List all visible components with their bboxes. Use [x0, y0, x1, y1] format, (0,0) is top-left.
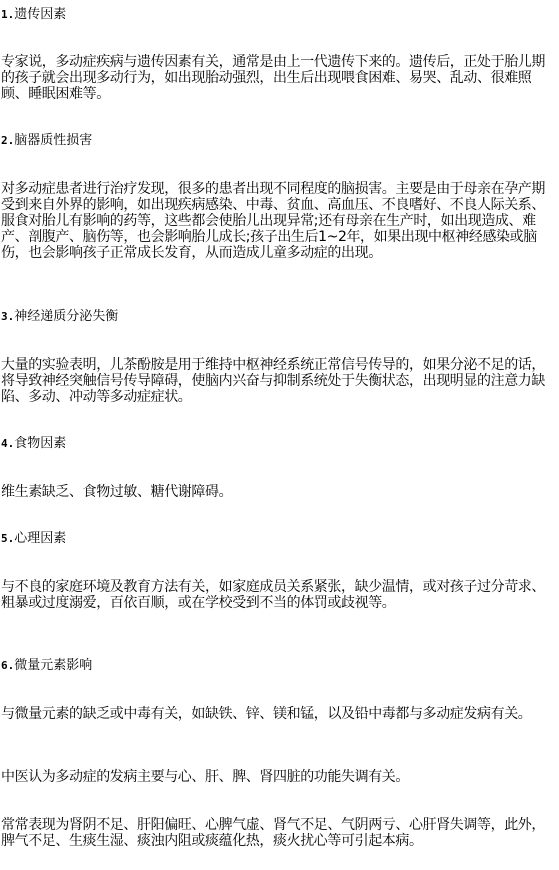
section-title: 微量元素影响	[14, 658, 92, 673]
section-number: 1.	[1, 8, 14, 21]
section-heading-2: 2.脑器质性损害	[1, 133, 557, 149]
section-number: 5.	[1, 532, 14, 545]
section-heading-5: 5.心理因素	[1, 531, 557, 547]
section-paragraph: 维生素缺乏、食物过敏、糖代谢障碍。	[1, 484, 557, 500]
section-title: 脑器质性损害	[14, 133, 92, 148]
section-paragraph: 专家说，多动症疾病与遗传因素有关，通常是由上一代遗传下来的。遗传后，正处于胎儿期…	[1, 54, 557, 102]
section-number: 6.	[1, 659, 14, 672]
section-paragraph: 对多动症患者进行治疗发现，很多的患者出现不同程度的脑损害。主要是由于母亲在孕产期…	[1, 181, 557, 261]
section-number: 4.	[1, 437, 14, 450]
section-heading-3: 3.神经递质分泌失衡	[1, 309, 557, 325]
section-title: 心理因素	[14, 531, 66, 546]
section-title: 食物因素	[14, 436, 66, 451]
section-title: 遗传因素	[14, 7, 66, 22]
section-paragraph: 中医认为多动症的发病主要与心、肝、脾、肾四脏的功能失调有关。	[1, 769, 557, 785]
section-number: 2.	[1, 134, 14, 147]
article-page: 1.遗传因素 专家说，多动症疾病与遗传因素有关，通常是由上一代遗传下来的。遗传后…	[0, 0, 559, 870]
section-heading-1: 1.遗传因素	[1, 7, 557, 23]
section-paragraph: 常常表现为肾阴不足、肝阳偏旺、心脾气虚、肾气不足、气阴两亏、心肝肾失调等，此外，…	[1, 817, 557, 849]
section-paragraph: 与微量元素的缺乏或中毒有关，如缺铁、锌、镁和锰，以及铅中毒都与多动症发病有关。	[1, 706, 557, 722]
section-title: 神经递质分泌失衡	[14, 309, 118, 324]
section-heading-6: 6.微量元素影响	[1, 658, 557, 674]
section-heading-4: 4.食物因素	[1, 436, 557, 452]
section-number: 3.	[1, 310, 14, 323]
section-paragraph: 与不良的家庭环境及教育方法有关，如家庭成员关系紧张，缺少温情，或对孩子过分苛求、…	[1, 579, 557, 611]
section-paragraph: 大量的实验表明，儿茶酚胺是用于维持中枢神经系统正常信号传导的，如果分泌不足的话，…	[1, 357, 557, 405]
